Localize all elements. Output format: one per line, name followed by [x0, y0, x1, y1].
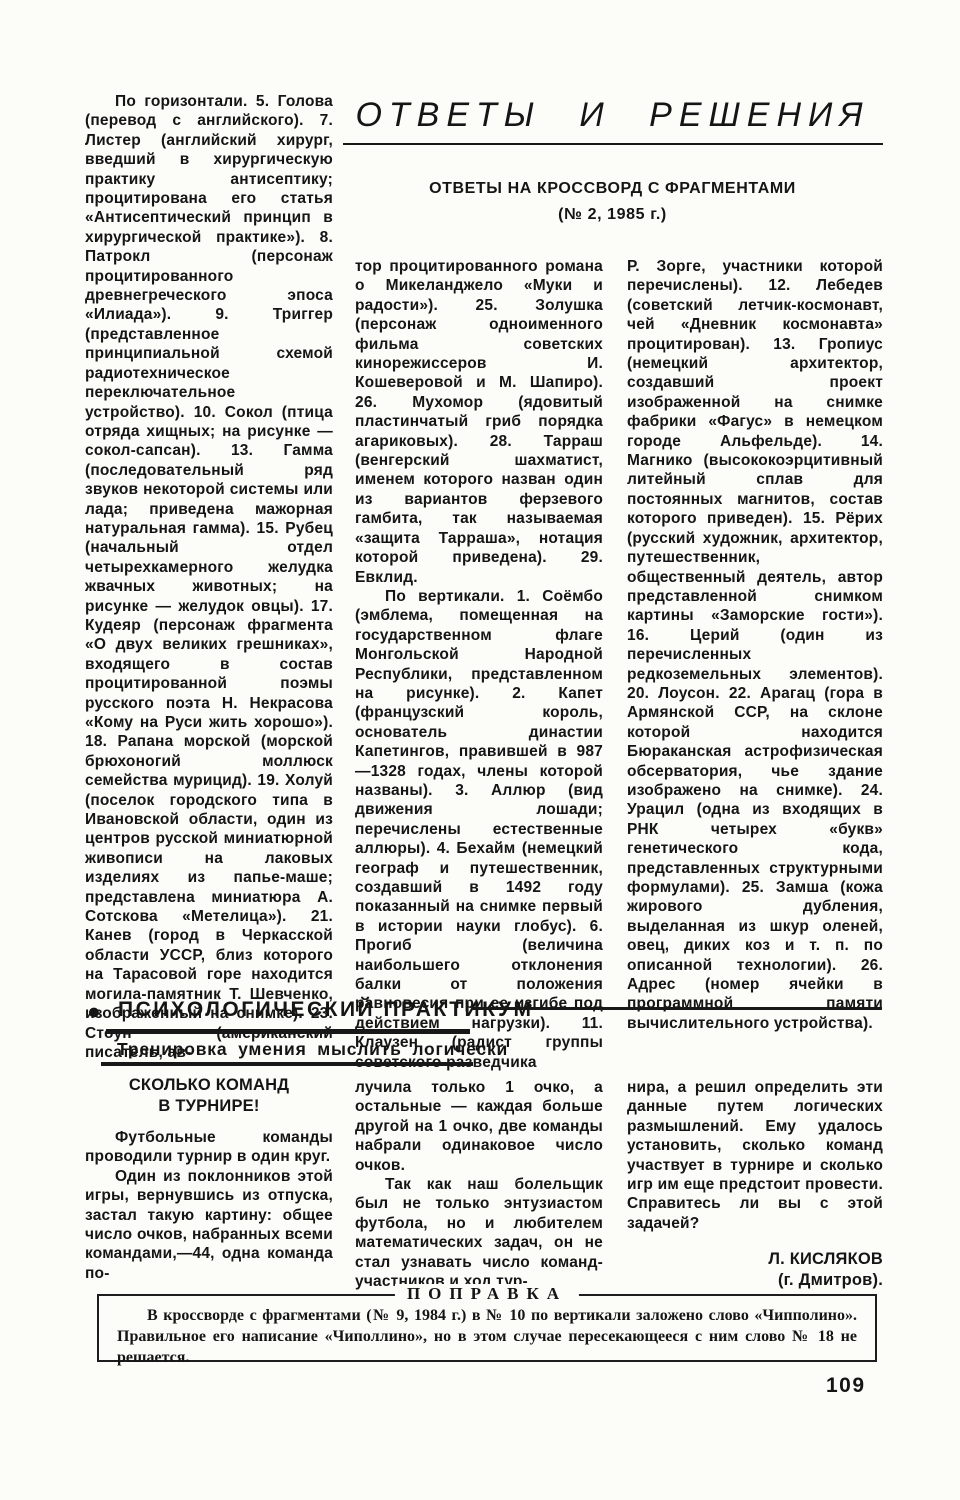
crossword-answers-heading: ОТВЕТЫ НА КРОССВОРД С ФРАГМЕНТАМИ (№ 2, …: [340, 176, 885, 228]
across-body: 5. Голова (перевод с английского). 7. Ли…: [85, 93, 333, 1061]
article-author: Л. КИСЛЯКОВ (г. Дмитров).: [627, 1249, 883, 1291]
across-continuation: тор процитированного романа о Микеландже…: [355, 257, 603, 587]
author-name: Л. КИСЛЯКОВ: [768, 1250, 883, 1268]
down-lead-in: По вертикали.: [385, 588, 505, 605]
article-column-middle: лучила только 1 очко, а остальные — кажд…: [355, 1078, 603, 1291]
crossword-answers-heading-line1: ОТВЕТЫ НА КРОССВОРД С ФРАГМЕНТАМИ: [340, 176, 885, 202]
section-bullet-icon: ●: [87, 1000, 101, 1023]
crossword-answers-heading-line2: (№ 2, 1985 г.): [340, 202, 885, 228]
erratum-text: В кроссворде с фрагментами (№ 9, 1984 г.…: [99, 1296, 875, 1374]
practicum-rubric-title: ПСИХОЛОГИЧЕСКИЙ ПРАКТИКУМ: [118, 998, 534, 1022]
erratum-title: ПОПРАВКА: [395, 1284, 579, 1304]
article-paragraph-5: нира, а решил определить эти данные путе…: [627, 1078, 883, 1233]
article-title: СКОЛЬКО КОМАНД В ТУРНИРЕ!: [85, 1075, 333, 1117]
article-paragraph-1: Футбольные команды проводили турнир в од…: [85, 1128, 333, 1167]
down-continuation: Р. Зорге, участники которой перечислены)…: [627, 257, 883, 1033]
article-paragraph-2: Один из поклонников этой игры, вернувшис…: [85, 1167, 333, 1283]
magazine-page: ОТВЕТЫ И РЕШЕНИЯ ОТВЕТЫ НА КРОССВОРД С Ф…: [0, 0, 960, 1500]
article-paragraph-4: Так как наш болельщик был не только энту…: [355, 1175, 603, 1291]
section-title: ОТВЕТЫ И РЕШЕНИЯ: [340, 96, 885, 135]
article-column-right: нира, а решил определить эти данные путе…: [627, 1078, 883, 1291]
practicum-subtitle-bar: [101, 1062, 473, 1066]
article-column-left: СКОЛЬКО КОМАНД В ТУРНИРЕ! Футбольные ком…: [85, 1075, 333, 1283]
practicum-title-bar: [106, 1029, 470, 1034]
practicum-subtitle: Тренировка умения мыслить логически: [117, 1039, 508, 1060]
across-lead-in: По горизонтали.: [115, 93, 248, 110]
across-paragraph: По горизонтали. 5. Голова (перевод с анг…: [85, 92, 333, 1062]
page-number: 109: [826, 1374, 866, 1398]
title-underline: [343, 143, 883, 145]
answers-column-left: По горизонтали. 5. Голова (перевод с анг…: [85, 92, 333, 1062]
answers-column-middle: тор процитированного романа о Микеландже…: [355, 257, 603, 1072]
article-paragraph-3: лучила только 1 очко, а остальные — кажд…: [355, 1078, 603, 1175]
article-title-line2: В ТУРНИРЕ!: [158, 1097, 259, 1115]
author-city: (г. Дмитров).: [778, 1271, 883, 1289]
article-title-line1: СКОЛЬКО КОМАНД: [129, 1076, 289, 1094]
practicum-top-rule: [472, 1007, 882, 1010]
erratum-box: ПОПРАВКА В кроссворде с фрагментами (№ 9…: [97, 1294, 877, 1362]
answers-column-right: Р. Зорге, участники которой перечислены)…: [627, 257, 883, 1033]
